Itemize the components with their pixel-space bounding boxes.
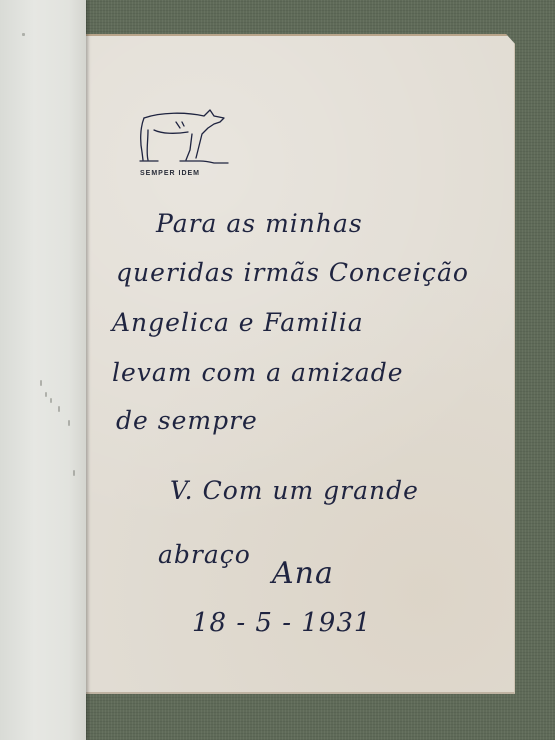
inscription-line-1: Para as minhas bbox=[156, 209, 363, 238]
inscription-date: 18 - 5 - 1931 bbox=[192, 608, 371, 638]
emblem-caption: SEMPER IDEM bbox=[140, 170, 236, 177]
wolf-icon bbox=[136, 104, 236, 168]
inscription-line-2: queridas irmãs Conceição bbox=[116, 258, 469, 287]
inscription-line-6: V. Com um grande bbox=[170, 476, 419, 505]
inscription-line-3: Angelica e Familia bbox=[112, 308, 364, 337]
book-page: SEMPER IDEM Para as minhas queridas irmã… bbox=[66, 34, 515, 694]
emblem: SEMPER IDEM bbox=[136, 104, 236, 177]
inscription-line-7: abraço bbox=[158, 540, 251, 569]
inscription-line-5: de sempre bbox=[116, 406, 258, 435]
left-page bbox=[0, 0, 86, 740]
inscription-line-4: levam com a amizade bbox=[112, 358, 404, 387]
signature: Ana bbox=[272, 556, 334, 591]
